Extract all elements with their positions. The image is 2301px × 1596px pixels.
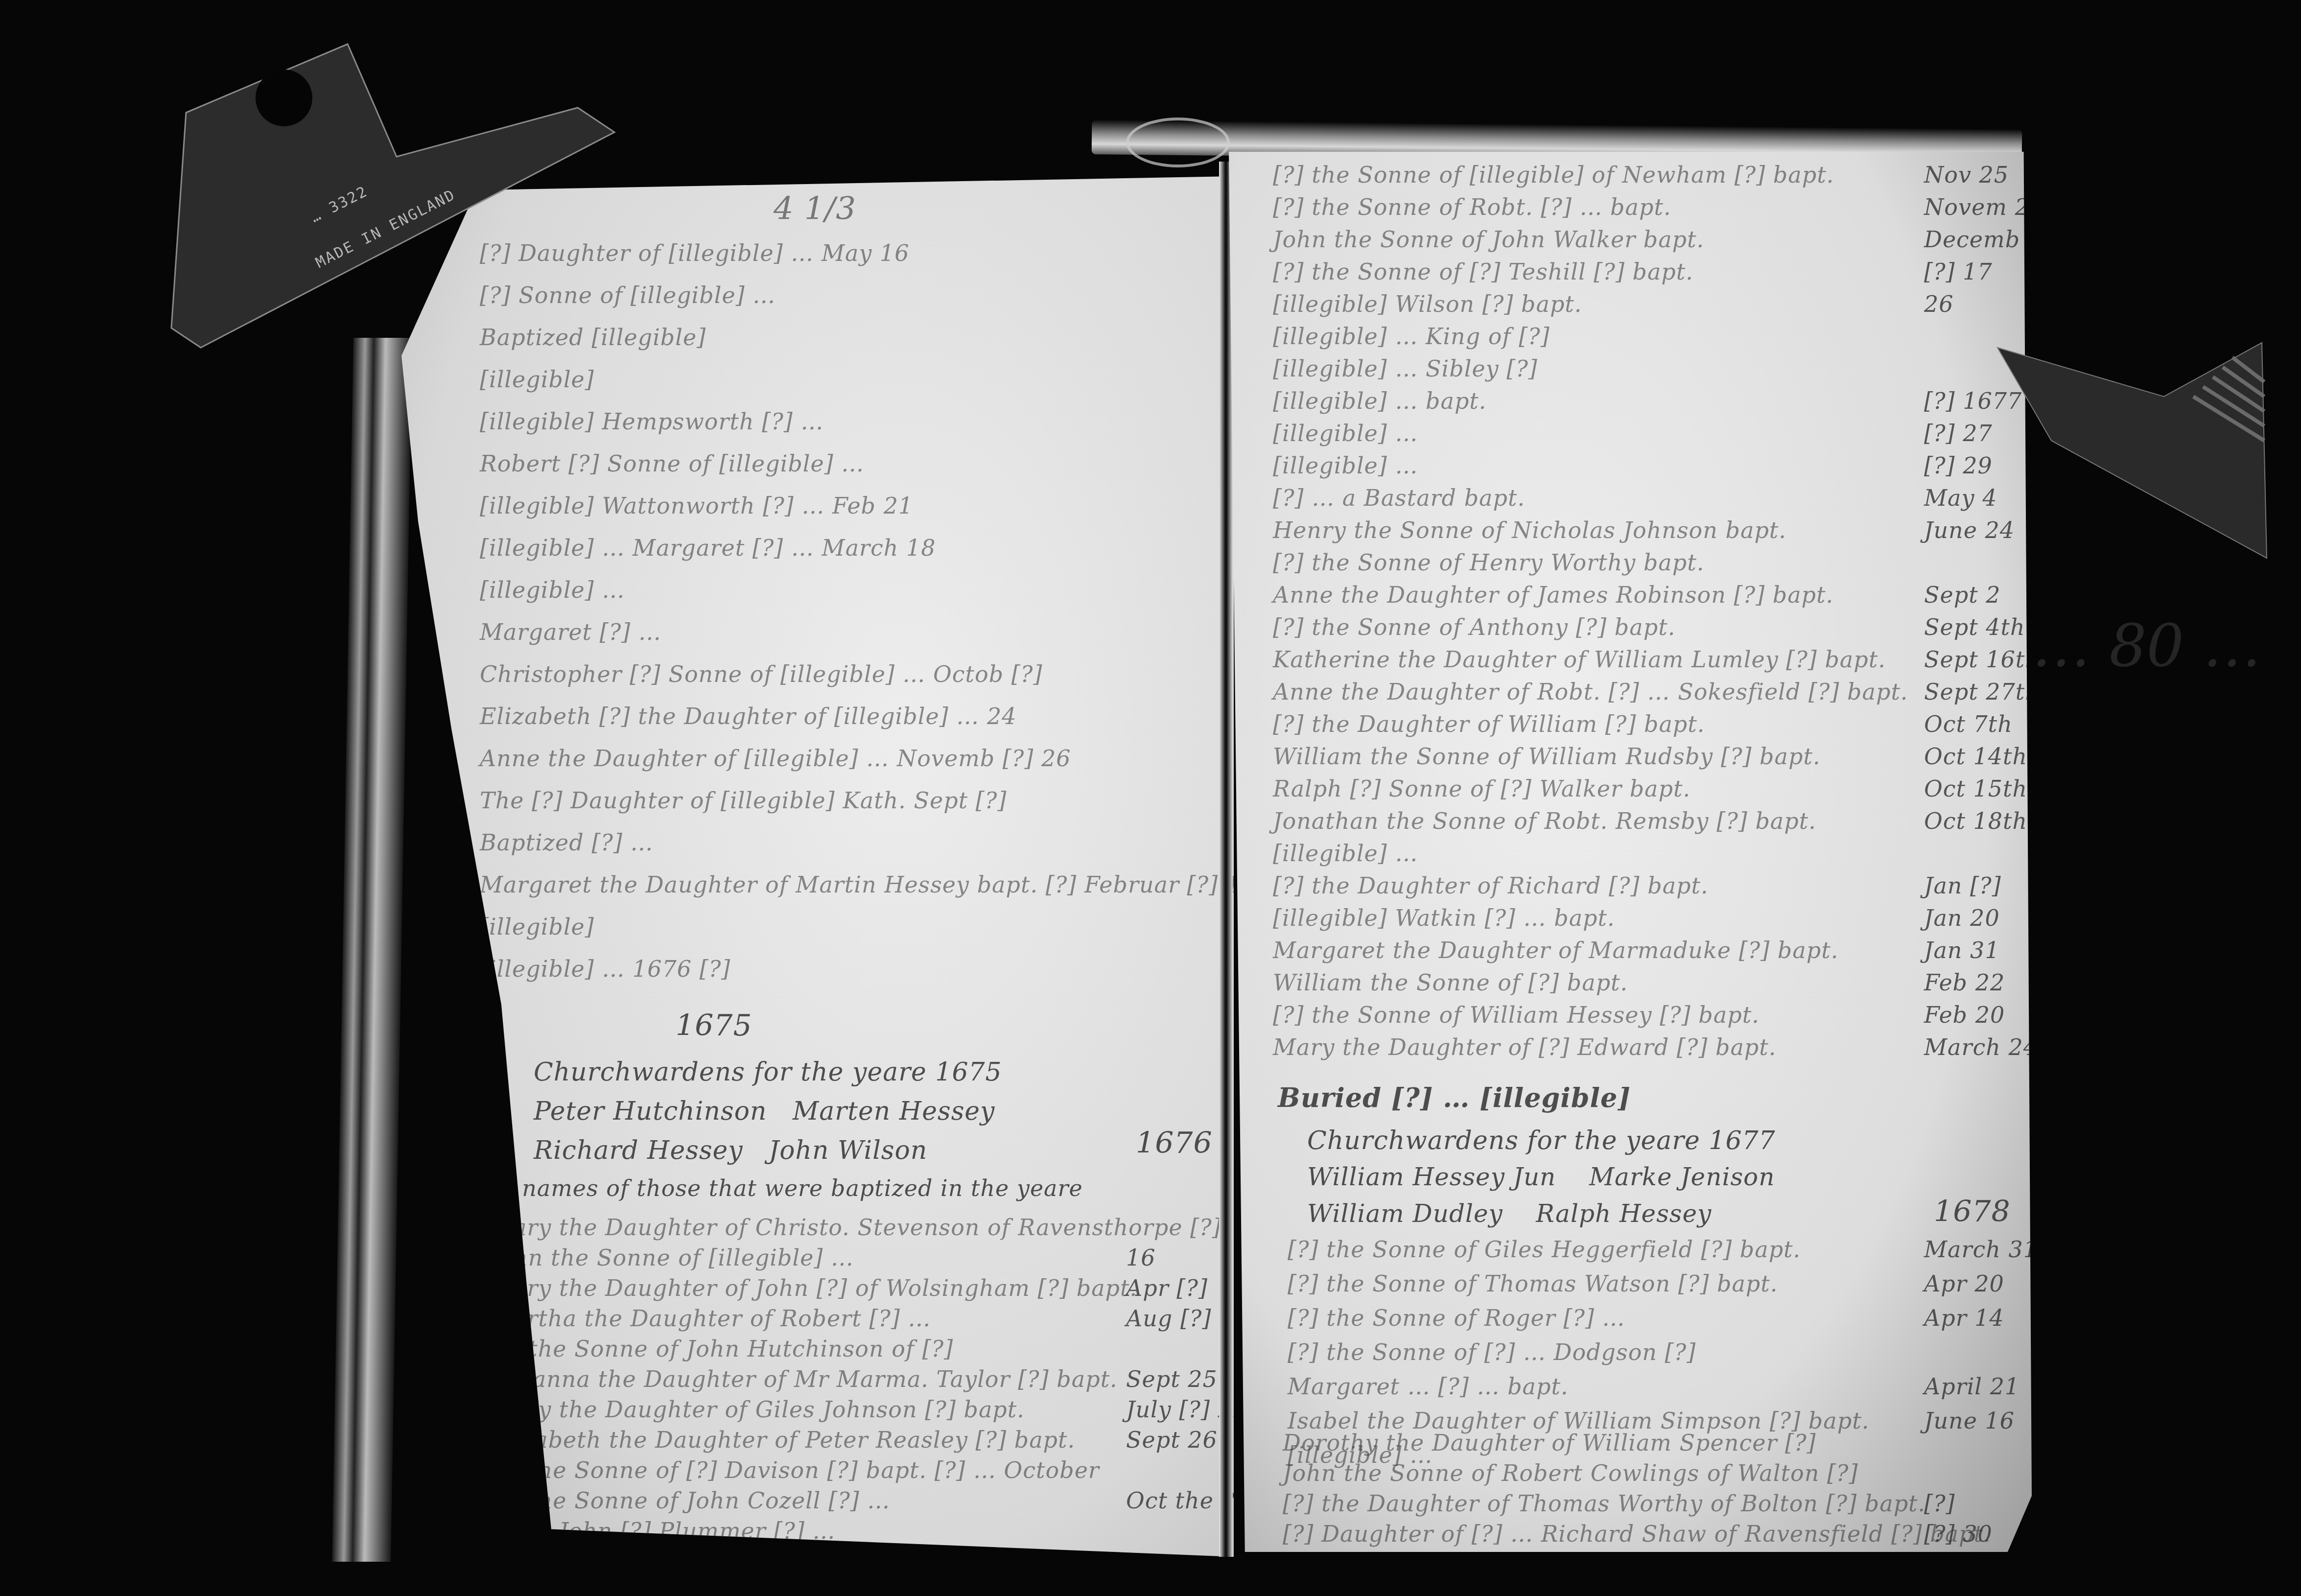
churchwarden-name: William Hessey Jun: [1307, 1163, 1556, 1191]
entry-date: [?]: [1924, 1490, 1955, 1517]
register-entry: [?] the Sonne of [illegible] of Newham […: [1273, 162, 1834, 188]
churchwardens-row-1677-1: William Hessey Jun Marke Jenison: [1307, 1163, 1775, 1191]
register-entry: John the Sonne of Robert Cowlings of Wal…: [1283, 1460, 1858, 1486]
register-entry: [illegible] … Margaret [?] … March 18: [480, 535, 936, 561]
register-entry: Mary the Daughter of Christo. Stevenson …: [490, 1214, 1221, 1241]
churchwarden-name: Ralph Hessey: [1536, 1199, 1712, 1228]
register-entry: [?] … John [?] Plummer [?] …: [490, 1518, 836, 1544]
register-entry: Elizabeth the Daughter of Peter Reasley …: [490, 1427, 1075, 1453]
register-entry: [illegible] …: [1273, 452, 1418, 479]
register-entry: [?] the Sonne of John Cozell [?] …: [490, 1487, 890, 1514]
register-entry: Margaret the Daughter of Marmaduke [?] b…: [1273, 937, 1838, 963]
register-entry: [?] the Daughter of Richard [?] bapt.: [1273, 872, 1709, 899]
entry-date: Apr [?]: [1126, 1275, 1208, 1301]
register-entry: [?] the Sonne of Robt. [?] … bapt.: [1273, 194, 1671, 220]
register-entry: Margaret the Daughter of Martin Hessey b…: [480, 871, 1234, 898]
register-entry: [?] the Sonne of Thomas Watson [?] bapt.: [1288, 1270, 1778, 1297]
churchwarden-name: Peter Hutchinson: [534, 1097, 767, 1126]
register-entry: [?] the Sonne of Anthony [?] bapt.: [1273, 614, 1675, 640]
register-entry: [illegible] … 1676 [?]: [480, 956, 730, 982]
entry-date: Decemb [?]: [1924, 226, 2032, 253]
book-gutter: [1219, 162, 1233, 1557]
register-entry: Katherine the Daughter of William Lumley…: [1273, 646, 1886, 673]
register-entry: Martha the Daughter of Robert [?] …: [490, 1305, 931, 1332]
churchwardens-heading-1677: Churchwardens for the yeare 1677: [1307, 1126, 1776, 1155]
entry-date: [?] 27: [1924, 420, 1993, 446]
entry-date: Nov 25: [1924, 162, 2009, 188]
entry-date: Jan 20: [1924, 905, 2000, 931]
entry-date: 16: [1126, 1244, 1156, 1271]
churchwardens-heading-1675: Churchwardens for the yeare 1675: [534, 1057, 1002, 1087]
entry-date: Oct 15th: [1924, 775, 2027, 802]
register-entry: [?] the Sonne of Roger [?] …: [1288, 1305, 1625, 1331]
entry-date: Oct 18th: [1924, 808, 2027, 834]
register-entry: Robert [?] Sonne of [illegible] …: [480, 450, 864, 477]
entry-date: June 16: [1924, 1408, 2015, 1434]
churchwardens-row-1: Peter Hutchinson Marten Hessey: [534, 1097, 995, 1126]
churchwardens-row-2: Richard Hessey John Wilson: [534, 1136, 927, 1165]
register-entry: [?] the Sonne of Giles Heggerfield [?] b…: [1288, 1236, 1801, 1263]
year-heading-1675: 1675: [676, 1009, 752, 1043]
entry-date: Novem 26: [1924, 194, 2032, 220]
entry-date: 26: [1924, 291, 1954, 317]
entry-date: May 4: [1924, 485, 1997, 511]
register-entry: [?] the Daughter of Thomas Worthy of Bol…: [1283, 1490, 1925, 1517]
churchwarden-name: John Wilson: [769, 1136, 927, 1165]
year-margin-1676: 1676: [1136, 1126, 1213, 1160]
register-entry: The [?] Daughter of [illegible] Kath. Se…: [480, 787, 1007, 814]
register-entry: [illegible] …: [480, 577, 625, 603]
register-entry: Margaret … [?] … bapt.: [1288, 1373, 1569, 1400]
register-entry: Jonathan the Sonne of Robt. Remsby [?] b…: [1273, 808, 1816, 834]
register-entry: John the Sonne of John Walker bapt.: [1273, 226, 1704, 253]
register-entry: Mary the Daughter of John [?] of Wolsing…: [490, 1275, 1137, 1301]
register-entry: [?] the Sonne of [?] Davison [?] bapt. […: [490, 1457, 1100, 1483]
entry-date: Oct 14th: [1924, 743, 2027, 770]
register-entry: [?] the Sonne of William Hessey [?] bapt…: [1273, 1002, 1760, 1028]
register-entry: Henry the Sonne of Nicholas Johnson bapt…: [1273, 517, 1786, 543]
entry-date: July [?] 29: [1126, 1396, 1234, 1423]
register-entry: Dorothy the Daughter of William Spencer …: [1283, 1430, 1816, 1456]
entry-date: Jan 31: [1924, 937, 2000, 963]
entry-date: [?] 17: [1924, 258, 1993, 285]
register-entry: Anne the Daughter of Robt. [?] … Sokesfi…: [1273, 679, 1908, 705]
register-entry: [illegible] … King of [?]: [1273, 323, 1550, 350]
register-entry: Baptized [?] …: [480, 829, 654, 856]
register-entry: [illegible] Wilson [?] bapt.: [1273, 291, 1582, 317]
bold-entry-line: Buried [?] … [illegible]: [1278, 1082, 1631, 1113]
entry-date: [?] 29: [1924, 452, 1993, 479]
register-entry: Anne the Daughter of [illegible] … Novem…: [480, 745, 1071, 772]
baptisms-heading: The names of those that were baptized in…: [470, 1175, 1083, 1201]
churchwardens-row-1677-2: William Dudley Ralph Hessey: [1307, 1199, 1712, 1228]
register-entry: [?] the Daughter of William [?] bapt.: [1273, 711, 1705, 737]
register-entry: [?] the Sonne of [?] … Dodgson [?]: [1288, 1339, 1696, 1365]
register-entry: [illegible] …: [1273, 420, 1418, 446]
register-entry: [illegible] …: [1273, 840, 1418, 867]
churchwarden-name: Marten Hessey: [793, 1097, 995, 1126]
book-edge-left: [332, 338, 412, 1562]
register-entry: [illegible] … Sibley [?]: [1273, 355, 1538, 382]
right-page: [?] the Sonne of [illegible] of Newham […: [1229, 152, 2032, 1552]
entry-date: Apr 14: [1924, 1305, 2004, 1331]
page-clip-right: [1988, 313, 2301, 656]
year-margin-1678: 1678: [1934, 1195, 2011, 1229]
entry-date: April 21: [1924, 1373, 2019, 1400]
register-entry: Ralph [?] Sonne of [?] Walker bapt.: [1273, 775, 1691, 802]
background-ghost-text: … 80 …: [2032, 612, 2301, 808]
entry-date: Dec [?]: [1924, 1551, 2008, 1552]
register-entry: Margaret [?] …: [480, 619, 661, 645]
register-entry: Elizabeth [?] the Daughter of [illegible…: [480, 703, 1016, 729]
churchwarden-name: William Dudley: [1307, 1199, 1503, 1228]
entry-date: [?] 30: [1924, 1521, 1993, 1547]
entry-date: Aug [?]: [1126, 1305, 1211, 1332]
entry-date: March 24: [1924, 1034, 2032, 1060]
binding-threads: [1126, 117, 1230, 167]
entry-date: Oct 7th: [1924, 711, 2013, 737]
register-entry: William the Sonne of [?] bapt.: [1273, 969, 1628, 996]
entry-date: Jan [?]: [1924, 872, 2001, 899]
register-entry: [illegible]: [480, 914, 594, 940]
register-entry: [?] … a Bastard bapt.: [1273, 485, 1525, 511]
register-entry: [?] Daughter of [?] … Richard Shaw of Ra…: [1283, 1521, 1991, 1547]
entry-date: Apr 20: [1924, 1270, 2004, 1297]
entry-date: Feb 22: [1924, 969, 2005, 996]
register-entry: Mary the Daughter of [?] Edward [?] bapt…: [1273, 1034, 1776, 1060]
register-entry: [illegible] … bapt.: [1273, 388, 1486, 414]
entry-date: March 31: [1924, 1236, 2032, 1263]
entry-date: Oct the 29: [1126, 1487, 1234, 1514]
page-clip-left: … 3322 MADE IN ENGLAND: [162, 34, 617, 426]
churchwarden-name: Richard Hessey: [534, 1136, 743, 1165]
register-entry: [?] the Sonne of Henry Worthy bapt.: [1273, 549, 1704, 576]
register-entry: [illegible] Wattonworth [?] … Feb 21: [480, 493, 913, 519]
register-entry: [?] the Sonne of [?] Teshill [?] bapt.: [1273, 258, 1693, 285]
entry-date: Sept 26: [1126, 1427, 1218, 1453]
entry-date: Sept 25: [1126, 1366, 1218, 1392]
register-entry: Anne the Daughter of James Robinson [?] …: [1273, 582, 1833, 608]
entry-date: Feb 20: [1924, 1002, 2005, 1028]
register-entry: [?] the Sonne of Richard [?] … the Daugh…: [1283, 1551, 1972, 1552]
clip-ridged-icon: [1988, 313, 2301, 656]
entry-date: Sept 27th: [1924, 679, 2032, 705]
register-entry: Susanna the Daughter of Mr Marma. Taylor…: [490, 1366, 1118, 1392]
register-entry: William the Sonne of William Rudsby [?] …: [1273, 743, 1821, 770]
churchwarden-name: Marke Jenison: [1589, 1163, 1775, 1191]
register-entry: Christopher [?] Sonne of [illegible] … O…: [480, 661, 1042, 687]
register-entry: [illegible] Watkin [?] … bapt.: [1273, 905, 1615, 931]
register-entry: Mary the Daughter of Giles Johnson [?] b…: [490, 1396, 1025, 1423]
microfilm-scene: 4 1/3 [?] Daughter of [illegible] … May …: [0, 0, 2301, 1596]
folio-number: 4 1/3: [774, 191, 856, 227]
register-entry: [?] the Sonne of John Hutchinson of [?]: [490, 1336, 953, 1362]
register-entry: John the Sonne of [illegible] …: [490, 1244, 854, 1271]
